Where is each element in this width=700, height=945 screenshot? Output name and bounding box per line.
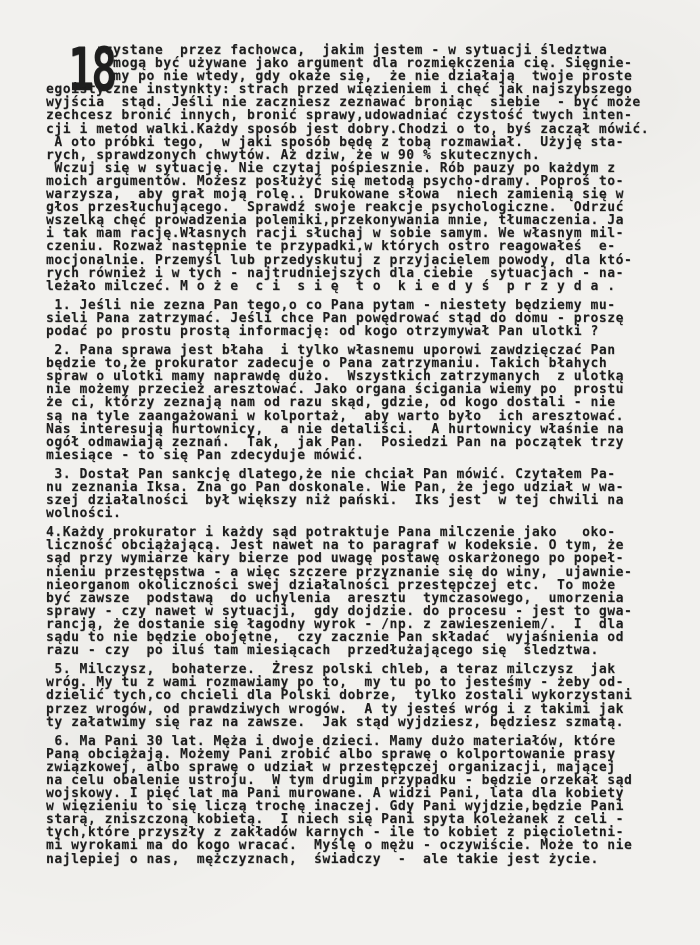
paragraph-point-2: 2. Pana sprawa jest błaha i tylko własne… [46, 344, 666, 462]
text-line: sprawy - czy nawet w sytuacji, gdy dojdz… [46, 605, 666, 618]
paragraph-point-6: 6. Ma Pani 30 lat. Męża i dwoje dzieci. … [46, 735, 666, 866]
paragraph-point-3: 3. Dostał Pan sankcję dlatego,że nie chc… [46, 468, 666, 520]
text-line: mi wyrokami ma do kogo wracać. Myślę o m… [46, 839, 666, 852]
text-line: Nas interesują hurtownicy, a nie detaliś… [46, 423, 666, 436]
paragraph-point-5: 5. Milczysz, bohaterze. Żresz polski chl… [46, 663, 666, 728]
text-line: miesiące - to się Pan zdecyduje mówić. [46, 449, 666, 462]
text-line: dzielić tych,co chcieli dla Polski dobrz… [46, 689, 666, 702]
text-line: Paną obciążają. Możemy Pani zrobić albo … [46, 748, 666, 761]
paragraph-point-4: 4.Każdy prokurator i każdy sąd potraktuj… [46, 526, 666, 657]
text-line: związkowej, albo sprawę o udział w przes… [46, 761, 666, 774]
text-line: sieli Pana zatrzymać. Jeśli chce Pan pow… [46, 312, 666, 325]
text-line: podać po prostu prostą informację: od ko… [46, 325, 666, 338]
text-line: zechcesz bronić innych, bronić sprawy,ud… [46, 109, 666, 122]
text-line: nieniu przestępstwa - a więc szczere prz… [46, 566, 666, 579]
text-line: ty załatwimy się raz na zawsze. Jak stąd… [46, 716, 666, 729]
text-line: mocjonalnie. Przemyśl lub przedyskutuj z… [46, 254, 666, 267]
text-line: wolności. [46, 507, 666, 520]
text-line: nieorganom okoliczności swej działalnośc… [46, 579, 666, 592]
text-line: są na tyle zaangażowani w kolportaż, aby… [46, 410, 666, 423]
text-line: Wczuj się w sytuację. Nie czytaj pośpies… [46, 162, 666, 175]
text-line: 1. Jeśli nie zezna Pan tego,o co Pana py… [46, 299, 666, 312]
paragraph-point-1: 1. Jeśli nie zezna Pan tego,o co Pana py… [46, 299, 666, 338]
text-line: cji i metod walki.Każdy sposób jest dobr… [46, 123, 666, 136]
text-line: czeniu. Rozważ następnie te przypadki,w … [46, 240, 666, 253]
text-line: rych również i w tych - najtrudniejszych… [46, 267, 666, 280]
text-line: przez wrogów, od prawdziwych wrogów. A t… [46, 703, 666, 716]
text-line: sąd przy wymiarze kary bierze pod uwagę … [46, 552, 666, 565]
text-line: najlepiej o nas, mężczyznach, świadczy -… [46, 853, 666, 866]
document-page: 18 rzystane przez fachowca, jakim jestem… [0, 0, 700, 945]
text-line: rych, sprawdzonych chwytów. Aż dziw, że … [46, 149, 666, 162]
text-line: być zawsze podstawą do uchylenia aresztu… [46, 592, 666, 605]
text-line: 6. Ma Pani 30 lat. Męża i dwoje dzieci. … [46, 735, 666, 748]
text-line: razu - czy po iluś tam miesiącach przedł… [46, 644, 666, 657]
document-text: rzystane przez fachowca, jakim jestem - … [46, 44, 666, 866]
paragraph-intro: rzystane przez fachowca, jakim jestem - … [46, 44, 666, 293]
text-line: szej działalności był większy niż pański… [46, 494, 666, 507]
text-line: A oto próbki tego, w jaki sposób będę z … [46, 136, 666, 149]
text-line: leżało milczeć. M o ż e c i s i ę t o k … [46, 280, 666, 293]
text-line: że ci, którzy zeznają nam od razu skąd, … [46, 396, 666, 409]
text-line: ogół odmawiają zeznań. Tak, jak Pan. Pos… [46, 436, 666, 449]
